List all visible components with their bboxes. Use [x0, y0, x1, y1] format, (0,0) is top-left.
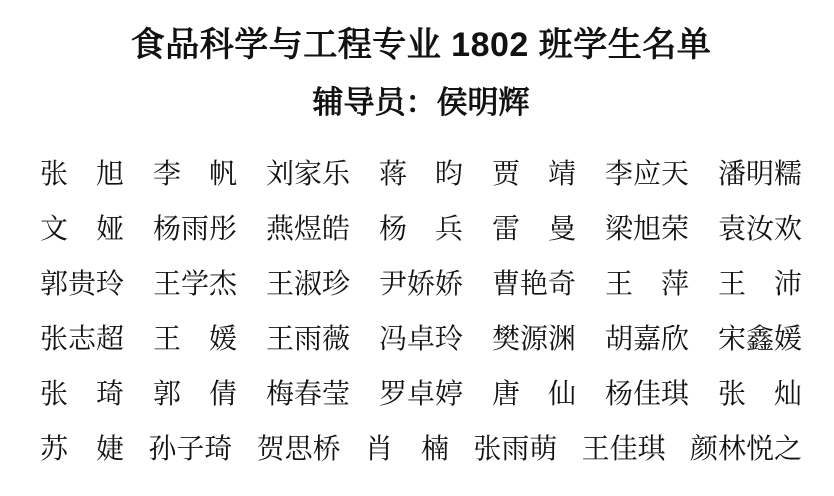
student-name: 王媛: [153, 317, 237, 357]
student-name: 王萍: [605, 262, 689, 302]
student-name: 王学杰: [153, 262, 237, 302]
student-name: 梁旭荣: [605, 207, 689, 247]
student-name: 李帆: [153, 152, 237, 192]
student-name: 曹艳奇: [492, 262, 576, 302]
student-name: 文娅: [40, 207, 124, 247]
roster-row: 苏婕 孙子琦 贺思桥 肖楠 张雨萌 王佳琪 颜林悦之: [40, 419, 802, 474]
student-name: 肖楠: [365, 427, 449, 467]
student-name: 王雨薇: [266, 317, 350, 357]
student-name: 雷曼: [492, 207, 576, 247]
student-name: 蒋昀: [379, 152, 463, 192]
student-name: 王沛: [718, 262, 802, 302]
student-name: 罗卓婷: [379, 372, 463, 412]
counselor-line: 辅导员：侯明辉: [40, 86, 802, 120]
student-name: 郭贵玲: [40, 262, 124, 302]
roster-row: 张琦 郭倩 梅春莹 罗卓婷 唐仙 杨佳琪 张灿: [40, 364, 802, 419]
student-name: 王淑珍: [266, 262, 350, 302]
student-name: 杨雨彤: [153, 207, 237, 247]
student-name: 潘明糯: [718, 152, 802, 192]
page-title: 食品科学与工程专业 1802 班学生名单: [40, 26, 802, 64]
student-name: 燕煜皓: [266, 207, 350, 247]
document-page: 食品科学与工程专业 1802 班学生名单 辅导员：侯明辉 张旭 李帆 刘家乐 蒋…: [0, 0, 834, 496]
student-name: 李应天: [605, 152, 689, 192]
student-name: 梅春莹: [266, 372, 350, 412]
student-name: 郭倩: [153, 372, 237, 412]
student-roster: 张旭 李帆 刘家乐 蒋昀 贾靖 李应天 潘明糯 文娅 杨雨彤 燕煜皓 杨兵 雷曼…: [40, 144, 802, 474]
student-name: 刘家乐: [266, 152, 350, 192]
student-name: 杨佳琪: [605, 372, 689, 412]
student-name: 孙子琦: [148, 427, 232, 467]
student-name: 冯卓玲: [379, 317, 463, 357]
student-name: 袁汝欢: [718, 207, 802, 247]
student-name: 苏婕: [40, 427, 124, 467]
roster-row: 郭贵玲 王学杰 王淑珍 尹娇娇 曹艳奇 王萍 王沛: [40, 254, 802, 309]
student-name: 唐仙: [492, 372, 576, 412]
student-name: 张雨萌: [473, 427, 557, 467]
student-name: 尹娇娇: [379, 262, 463, 302]
roster-row: 张旭 李帆 刘家乐 蒋昀 贾靖 李应天 潘明糯: [40, 144, 802, 199]
student-name: 杨兵: [379, 207, 463, 247]
student-name: 张琦: [40, 372, 124, 412]
student-name: 贾靖: [492, 152, 576, 192]
student-name: 张灿: [718, 372, 802, 412]
student-name: 张旭: [40, 152, 124, 192]
student-name: 宋鑫媛: [718, 317, 802, 357]
roster-row: 文娅 杨雨彤 燕煜皓 杨兵 雷曼 梁旭荣 袁汝欢: [40, 199, 802, 254]
roster-row: 张志超 王媛 王雨薇 冯卓玲 樊源渊 胡嘉欣 宋鑫媛: [40, 309, 802, 364]
student-name: 贺思桥: [257, 427, 341, 467]
student-name: 樊源渊: [492, 317, 576, 357]
student-name: 王佳琪: [582, 427, 666, 467]
student-name: 胡嘉欣: [605, 317, 689, 357]
student-name: 张志超: [40, 317, 124, 357]
student-name: 颜林悦之: [690, 427, 802, 467]
